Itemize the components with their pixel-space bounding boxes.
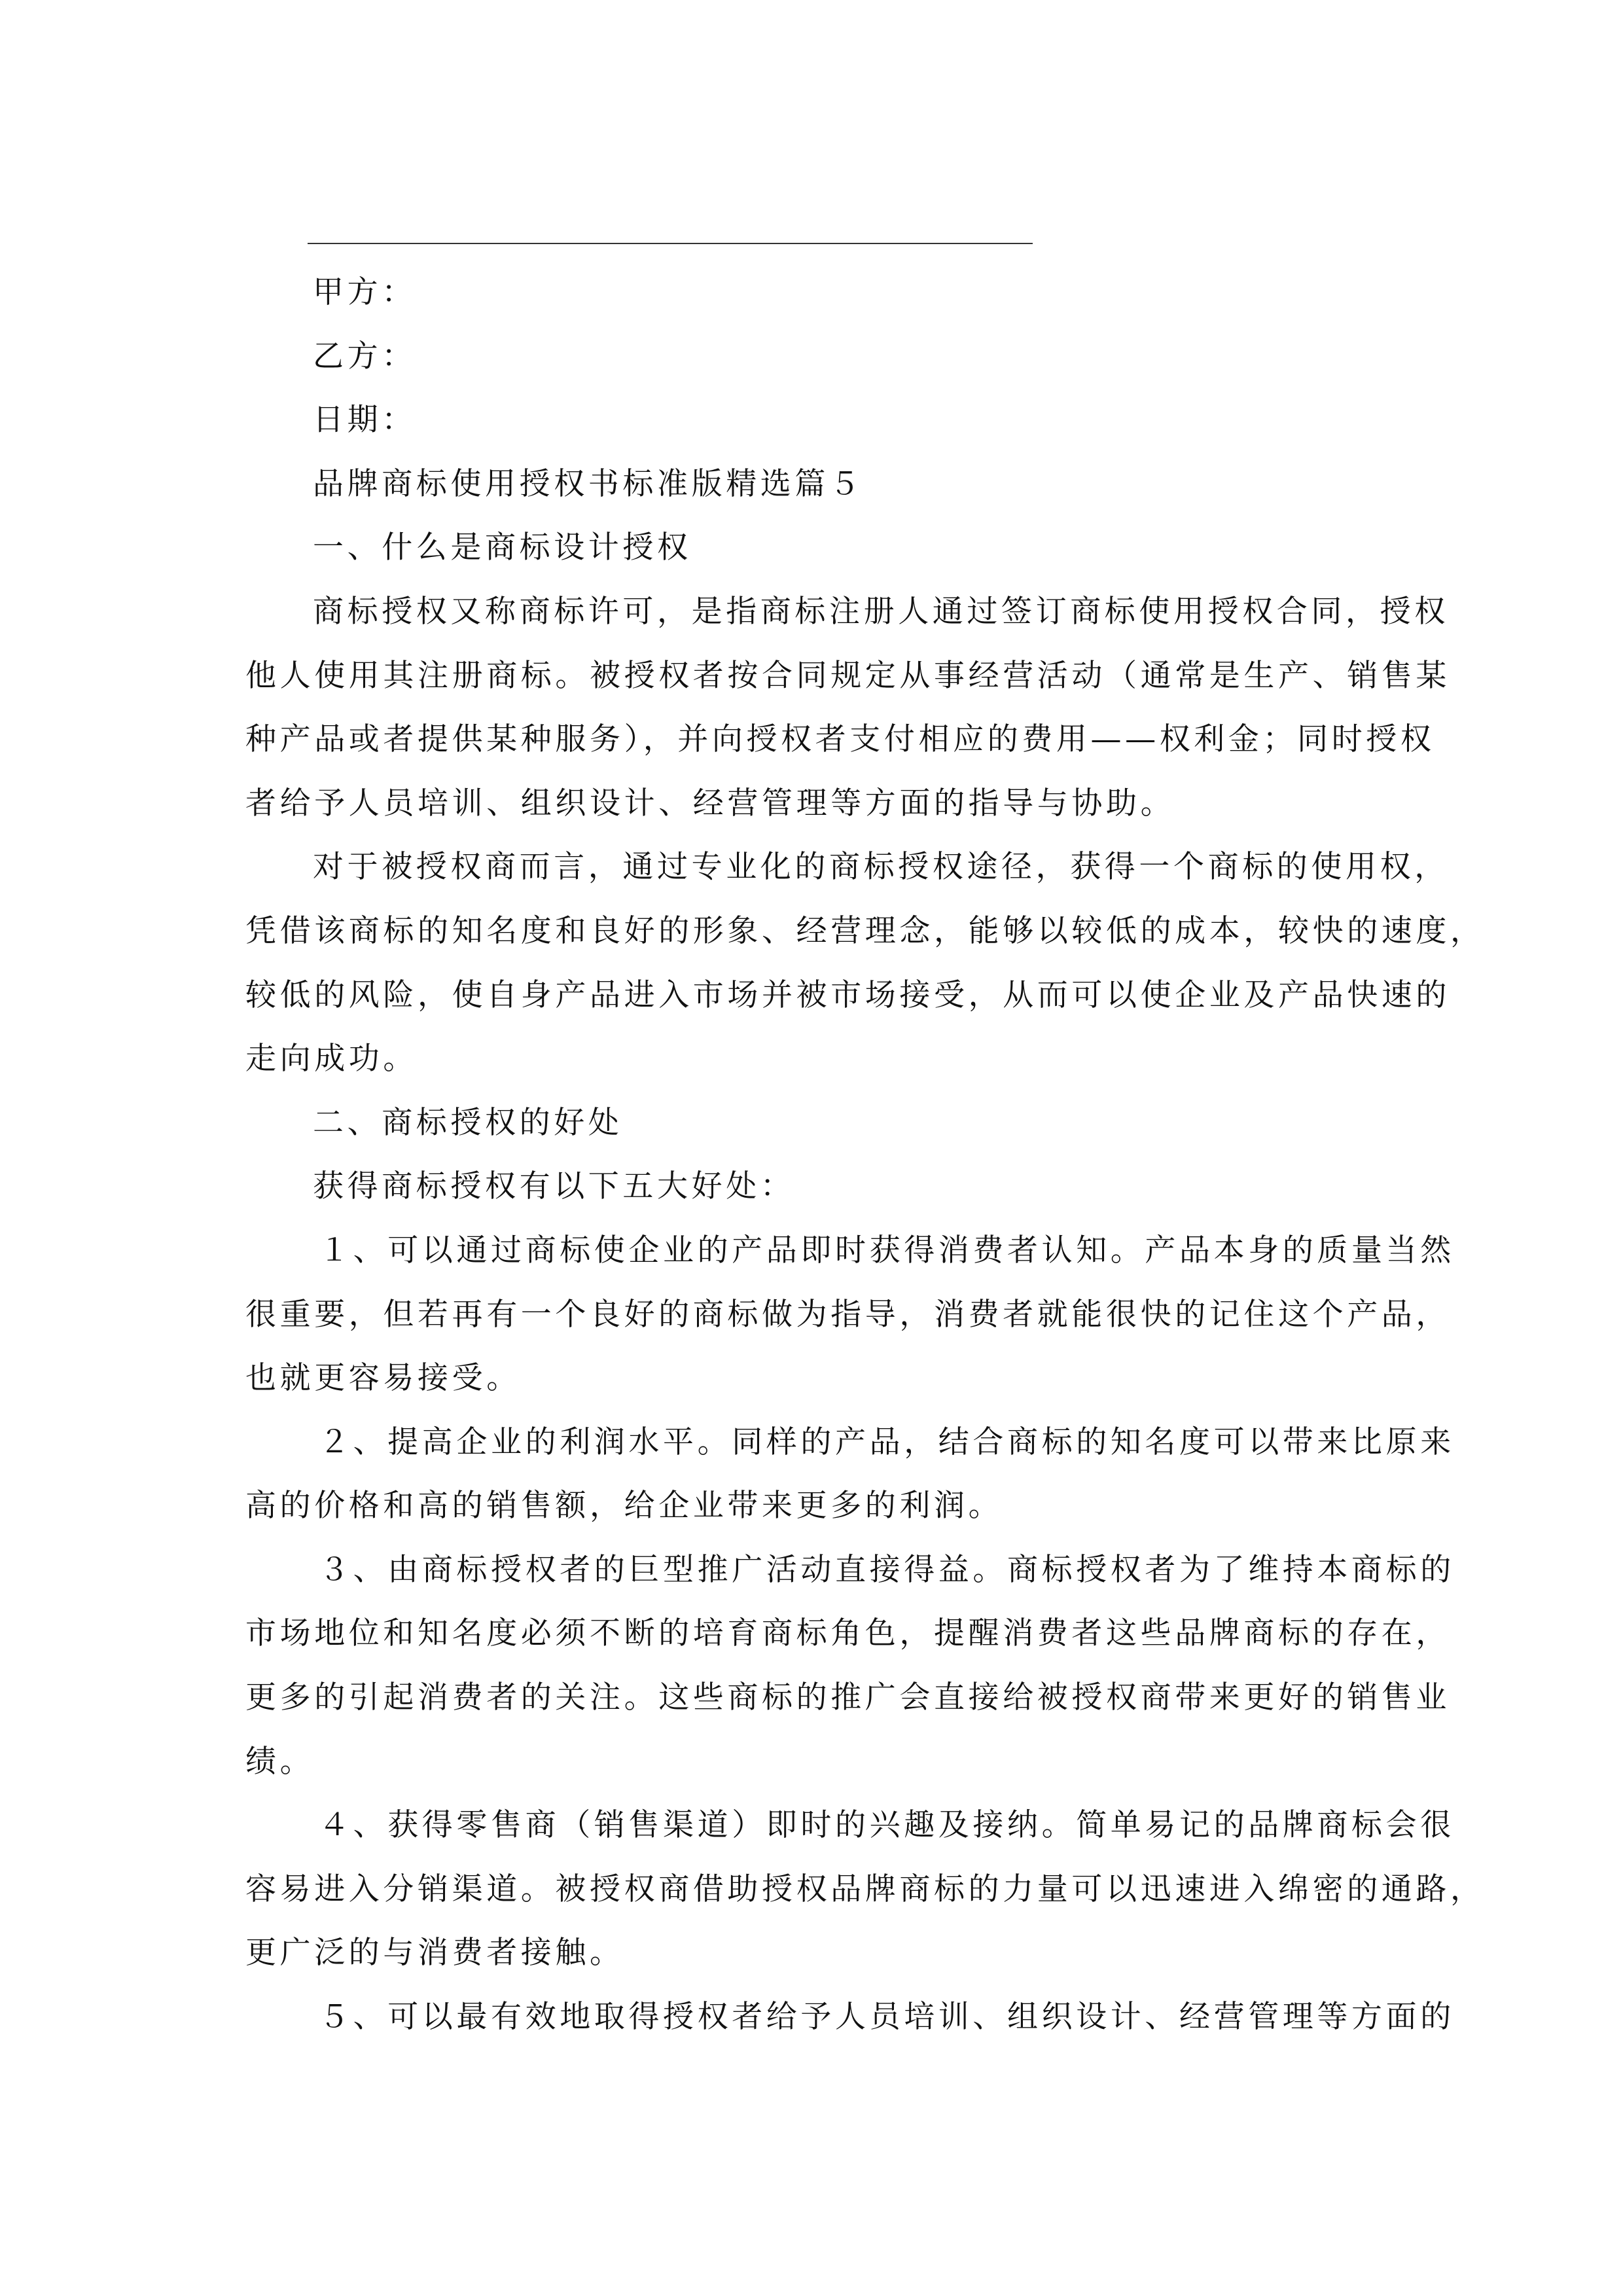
paragraph-line: 市场地位和知名度必须不断的培育商标角色，提醒消费者这些品牌商标的存在， <box>245 1602 1397 1666</box>
paragraph-line: ３、由商标授权者的巨型推广活动直接得益。商标授权者为了维持本商标的 <box>245 1538 1397 1602</box>
paragraph-line: 凭借该商标的知名度和良好的形象、经营理念，能够以较低的成本，较快的速度， <box>245 899 1397 963</box>
paragraph-line: ５、可以最有效地取得授权者给予人员培训、组织设计、经营管理等方面的 <box>245 1985 1397 2049</box>
document-body: 甲方： 乙方： 日期： 品牌商标使用授权书标准版精选篇５ 一、什么是商标设计授权… <box>245 260 1397 2049</box>
document-page: 甲方： 乙方： 日期： 品牌商标使用授权书标准版精选篇５ 一、什么是商标设计授权… <box>0 0 1623 2296</box>
benefit-item-4: ４、获得零售商（销售渠道）即时的兴趣及接纳。简单易记的品牌商标会很 容易进入分销… <box>245 1793 1397 1985</box>
section2-intro: 获得商标授权有以下五大好处： <box>245 1155 1397 1219</box>
benefit-item-1: １、可以通过商标使企业的产品即时获得消费者认知。产品本身的质量当然 很重要，但若… <box>245 1219 1397 1410</box>
paragraph-line: 种产品或者提供某种服务），并向授权者支付相应的费用——权利金；同时授权 <box>245 708 1397 772</box>
section1-heading: 一、什么是商标设计授权 <box>245 516 1397 580</box>
document-title: 品牌商标使用授权书标准版精选篇５ <box>245 452 1397 516</box>
paragraph-line: 也就更容易接受。 <box>245 1346 1397 1410</box>
paragraph-line: 更多的引起消费者的关注。这些商标的推广会直接给被授权商带来更好的销售业 <box>245 1666 1397 1730</box>
party-a-label: 甲方： <box>245 260 1397 325</box>
paragraph-line: 更广泛的与消费者接触。 <box>245 1921 1397 1985</box>
paragraph-line: 高的价格和高的销售额，给企业带来更多的利润。 <box>245 1474 1397 1538</box>
paragraph-line: 他人使用其注册商标。被授权者按合同规定从事经营活动（通常是生产、销售某 <box>245 644 1397 708</box>
section2-heading: 二、商标授权的好处 <box>245 1091 1397 1155</box>
signature-divider-rule <box>308 243 1033 244</box>
paragraph-line: 很重要，但若再有一个良好的商标做为指导，消费者就能很快的记住这个产品， <box>245 1283 1397 1347</box>
paragraph-line: １、可以通过商标使企业的产品即时获得消费者认知。产品本身的质量当然 <box>245 1219 1397 1283</box>
paragraph-line: 者给予人员培训、组织设计、经营管理等方面的指导与协助。 <box>245 772 1397 836</box>
paragraph-line: 走向成功。 <box>245 1027 1397 1091</box>
paragraph-line: 对于被授权商而言，通过专业化的商标授权途径，获得一个商标的使用权， <box>245 835 1397 899</box>
benefit-item-3: ３、由商标授权者的巨型推广活动直接得益。商标授权者为了维持本商标的 市场地位和知… <box>245 1538 1397 1793</box>
section1-paragraph-2: 对于被授权商而言，通过专业化的商标授权途径，获得一个商标的使用权， 凭借该商标的… <box>245 835 1397 1090</box>
paragraph-line: 绩。 <box>245 1730 1397 1794</box>
paragraph-line: 商标授权又称商标许可，是指商标注册人通过签订商标使用授权合同，授权 <box>245 580 1397 644</box>
paragraph-line: ２、提高企业的利润水平。同样的产品，结合商标的知名度可以带来比原来 <box>245 1410 1397 1475</box>
paragraph-line: 容易进入分销渠道。被授权商借助授权品牌商标的力量可以迅速进入绵密的通路， <box>245 1857 1397 1922</box>
paragraph-line: ４、获得零售商（销售渠道）即时的兴趣及接纳。简单易记的品牌商标会很 <box>245 1793 1397 1857</box>
benefit-item-2: ２、提高企业的利润水平。同样的产品，结合商标的知名度可以带来比原来 高的价格和高… <box>245 1410 1397 1538</box>
paragraph-line: 较低的风险，使自身产品进入市场并被市场接受，从而可以使企业及产品快速的 <box>245 963 1397 1028</box>
party-b-label: 乙方： <box>245 325 1397 389</box>
date-label: 日期： <box>245 388 1397 452</box>
benefit-item-5: ５、可以最有效地取得授权者给予人员培训、组织设计、经营管理等方面的 <box>245 1985 1397 2049</box>
section1-paragraph-1: 商标授权又称商标许可，是指商标注册人通过签订商标使用授权合同，授权 他人使用其注… <box>245 580 1397 835</box>
